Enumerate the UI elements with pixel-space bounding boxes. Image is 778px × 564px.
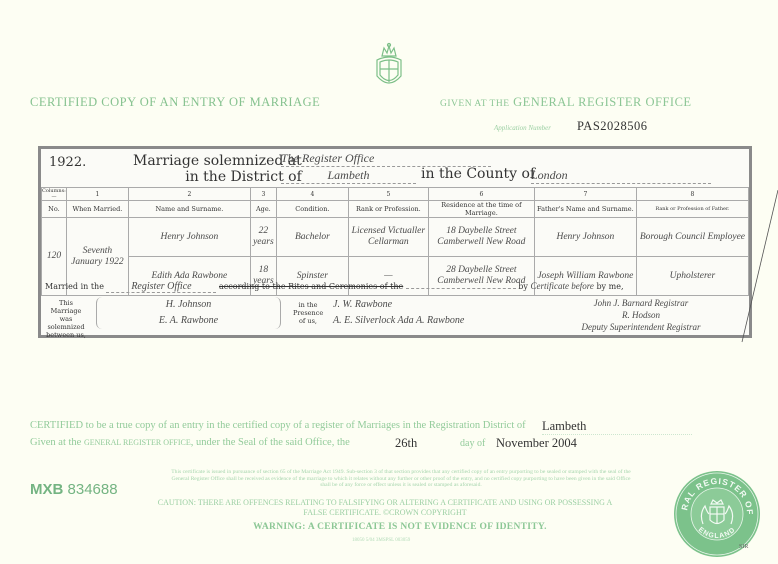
certified-day: 26th xyxy=(395,436,417,451)
bride-signature: E. A. Rawbone xyxy=(97,313,280,329)
column-header: Rank or Profession. xyxy=(348,201,428,218)
application-number: PAS2028506 xyxy=(577,119,648,134)
certificate-title: CERTIFIED COPY OF AN ENTRY OF MARRIAGE xyxy=(30,95,320,110)
solemnized-labels: Marriage solemnized at in the District o… xyxy=(133,153,302,185)
column-header: Age. xyxy=(250,201,276,218)
solemnized-at-label: Marriage solemnized at xyxy=(133,153,302,169)
given-at-statement: Given at the General Register Office, un… xyxy=(30,437,350,448)
registrar-signatures: John J. Barnard Registrar R. Hodson Depu… xyxy=(541,297,741,333)
witness-signature: A. E. Silverlock Ada A. Rawbone xyxy=(333,313,533,329)
married-in-label: Married in the xyxy=(45,282,104,291)
column-header: Rank or Profession of Father. xyxy=(636,201,748,218)
register-entry: 1922. Marriage solemnized at in the Dist… xyxy=(38,146,752,338)
form-reference-code: 18050 5/04 3MSPSL 003059 xyxy=(352,538,410,543)
groom-father-name: Henry Johnson xyxy=(534,218,636,257)
certification-statement: CERTIFIED to be a true copy of an entry … xyxy=(30,420,526,431)
solemnized-at-value: The Register Office xyxy=(281,151,491,167)
groom-name: Henry Johnson xyxy=(128,218,250,257)
column-header: Name and Surname. xyxy=(128,201,250,218)
table-row: 120 Seventh January 1922 Henry Johnson 2… xyxy=(42,218,749,257)
by-me-label: by me, xyxy=(596,282,623,291)
column-number: 2 xyxy=(128,188,250,201)
married-in-line: Married in the Register Office according… xyxy=(45,281,745,293)
presence-label: in the Presence of us, xyxy=(293,301,323,325)
column-header: When Married. xyxy=(66,201,128,218)
witness-signatures: J. W. Rawbone A. E. Silverlock Ada A. Ra… xyxy=(333,297,533,329)
column-header: Father's Name and Surname. xyxy=(534,201,636,218)
parties-signatures: H. Johnson E. A. Rawbone xyxy=(96,297,281,329)
certificate-serial: MXB 834688 xyxy=(30,481,118,498)
column-number: 5 xyxy=(348,188,428,201)
married-in-value: Register Office xyxy=(106,281,216,293)
day-of-label: day of xyxy=(460,438,485,449)
groom-age: 22 years xyxy=(250,218,276,257)
column-header: No. xyxy=(42,201,67,218)
column-number: 8 xyxy=(636,188,748,201)
groom-profession: Licensed Victualler Cellarman xyxy=(348,218,428,257)
caution-notice: CAUTION: THERE ARE OFFENCES RELATING TO … xyxy=(150,498,620,518)
district-label: in the District of xyxy=(133,169,302,185)
identity-warning: WARNING: A CERTIFICATE IS NOT EVIDENCE O… xyxy=(190,522,610,532)
groom-condition: Bachelor xyxy=(276,218,348,257)
legal-fine-print: This certificate is issued in pursuance … xyxy=(166,469,636,489)
groom-residence: 18 Daybelle Street Camberwell New Road xyxy=(428,218,534,257)
marriage-entries-table: Columns:— 1 2 3 4 5 6 7 8 No. When Marri… xyxy=(41,187,749,296)
issuing-office-title: Given at the GENERAL REGISTER OFFICE xyxy=(440,95,692,110)
by-label: by xyxy=(518,282,528,291)
column-number: 4 xyxy=(276,188,348,201)
royal-crest-icon xyxy=(370,42,408,92)
column-header-row: No. When Married. Name and Surname. Age.… xyxy=(42,201,749,218)
column-header: Residence at the time of Marriage. xyxy=(428,201,534,218)
groom-father-profession: Borough Council Employee xyxy=(636,218,748,257)
columns-label: Columns:— xyxy=(42,188,67,201)
register-year: 1922. xyxy=(49,155,86,170)
column-number: 1 xyxy=(66,188,128,201)
column-number: 3 xyxy=(250,188,276,201)
seal-code: SIR xyxy=(739,544,748,550)
witness-signature: J. W. Rawbone xyxy=(333,297,533,313)
column-number: 6 xyxy=(428,188,534,201)
district-value: Lambeth xyxy=(281,168,416,184)
column-number: 7 xyxy=(534,188,636,201)
column-header: Condition. xyxy=(276,201,348,218)
by-value: Certificate before xyxy=(530,281,593,291)
deputy-title: Deputy Superintendent Registrar xyxy=(541,321,741,333)
certified-month-year: November 2004 xyxy=(496,436,577,451)
column-number-row: Columns:— 1 2 3 4 5 6 7 8 xyxy=(42,188,749,201)
county-value: London xyxy=(531,168,711,184)
solemnized-between-label: This Marriage was solemnized between us, xyxy=(45,299,87,339)
certified-district: Lambeth xyxy=(542,419,692,435)
deputy-signature: R. Hodson xyxy=(541,309,741,321)
county-label: in the County of xyxy=(421,166,535,182)
registrar-signature: John J. Barnard Registrar xyxy=(541,297,741,309)
application-number-label: Application Number xyxy=(494,124,551,132)
groom-signature: H. Johnson xyxy=(97,297,280,313)
scan-mark-line xyxy=(740,190,778,345)
rites-label: according to the Rites and Ceremonies of… xyxy=(219,282,403,291)
